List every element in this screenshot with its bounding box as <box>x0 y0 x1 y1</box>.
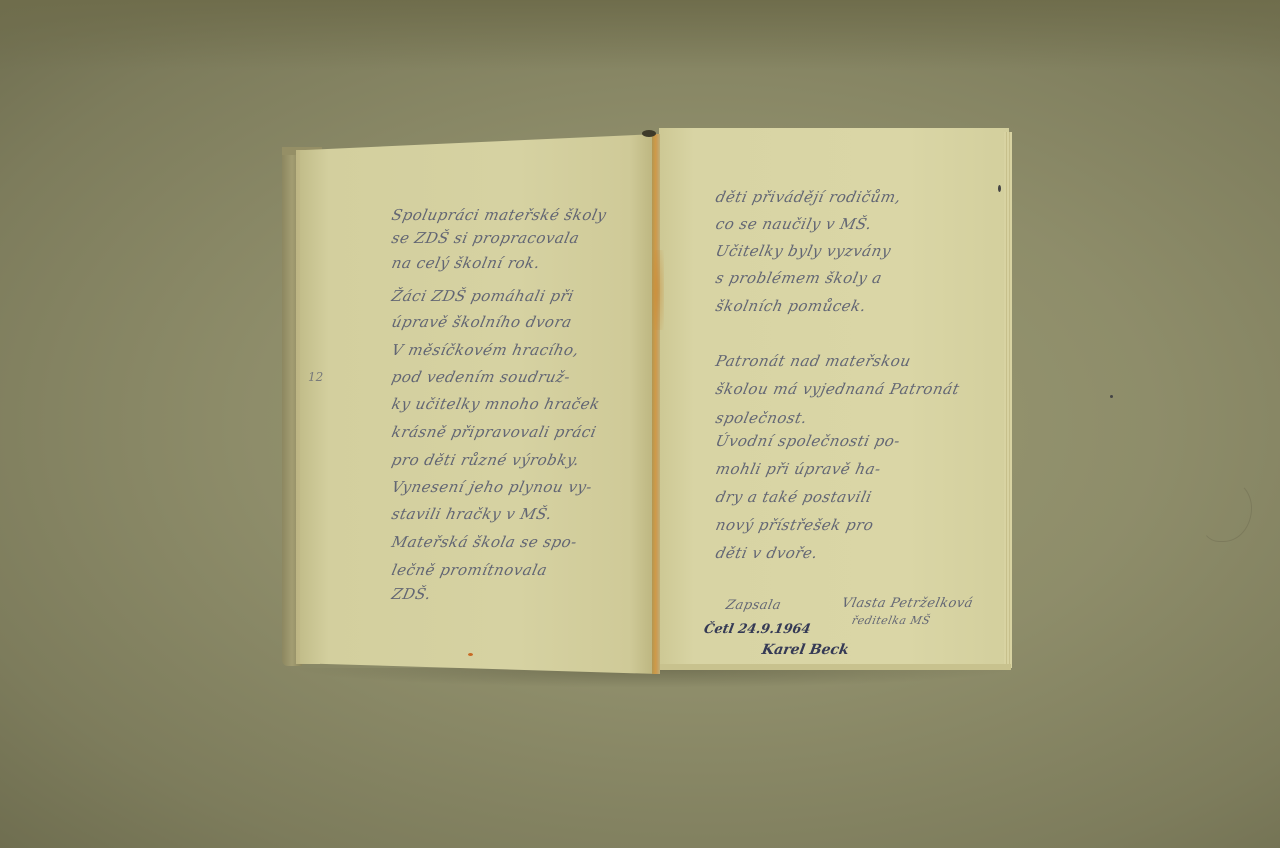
dust-speck <box>1110 395 1113 398</box>
recorded-by-label: Zapsala <box>724 598 782 613</box>
left-line: Žáci ZDŠ pomáhali při <box>390 287 575 305</box>
left-line: Mateřská škola se spo- <box>390 533 579 551</box>
right-line: Úvodní společnosti po- <box>714 432 902 450</box>
page-mark <box>998 185 1001 192</box>
gutter-stain <box>652 250 664 330</box>
right-line: nový přístřešek pro <box>714 516 875 534</box>
right-page-bottom-edge <box>659 664 1011 670</box>
left-line: Spolupráci mateřské školy <box>390 206 608 224</box>
right-line: mohli při úpravě ha- <box>714 460 883 478</box>
left-line: krásně připravovali práci <box>390 423 598 441</box>
left-line: pod vedením soudruž- <box>390 368 572 386</box>
left-line: V měsíčkovém hracího, <box>390 341 581 359</box>
right-line: dry a také postavili <box>714 488 873 506</box>
background-scratch <box>1200 480 1252 542</box>
book-gutter <box>652 134 660 674</box>
right-page-stack <box>1004 132 1012 668</box>
right-line: děti přivádějí rodičům, <box>714 188 903 206</box>
reviewer-signature: Karel Beck <box>761 642 851 658</box>
right-line: Učitelky byly vyzvány <box>714 242 893 260</box>
left-line: lečně promítnovala <box>390 561 549 579</box>
right-line: společnost. <box>714 409 809 427</box>
right-line: školou má vyjednaná Patronát <box>714 380 961 398</box>
author-title: ředitelka MŠ <box>851 614 932 627</box>
margin-note: 12 <box>308 370 323 384</box>
left-line: se ZDŠ si propracovala <box>390 229 581 247</box>
left-line: stavili hračky v MŠ. <box>390 505 554 523</box>
left-line: pro děti různé výrobky. <box>390 451 581 469</box>
left-line: ZDŠ. <box>390 585 433 603</box>
left-line: ky učitelky mnoho hraček <box>390 395 602 413</box>
right-line: školních pomůcek. <box>714 297 868 315</box>
left-line: Vynesení jeho plynou vy- <box>390 478 594 496</box>
right-line: co se naučily v MŠ. <box>714 215 873 233</box>
right-line: děti v dvoře. <box>714 544 820 562</box>
read-date: Četl 24.9.1964 <box>703 622 812 637</box>
right-line: Patronát nad mateřskou <box>714 352 913 370</box>
background-shadow <box>0 0 1280 70</box>
ink-spot <box>468 653 473 656</box>
author-name: Vlasta Petrželková <box>840 596 974 611</box>
binding-thread <box>642 130 656 137</box>
right-page <box>659 128 1009 670</box>
left-line: úpravě školního dvora <box>390 313 574 331</box>
left-line: na celý školní rok. <box>390 254 542 272</box>
right-line: s problémem školy a <box>714 269 884 287</box>
